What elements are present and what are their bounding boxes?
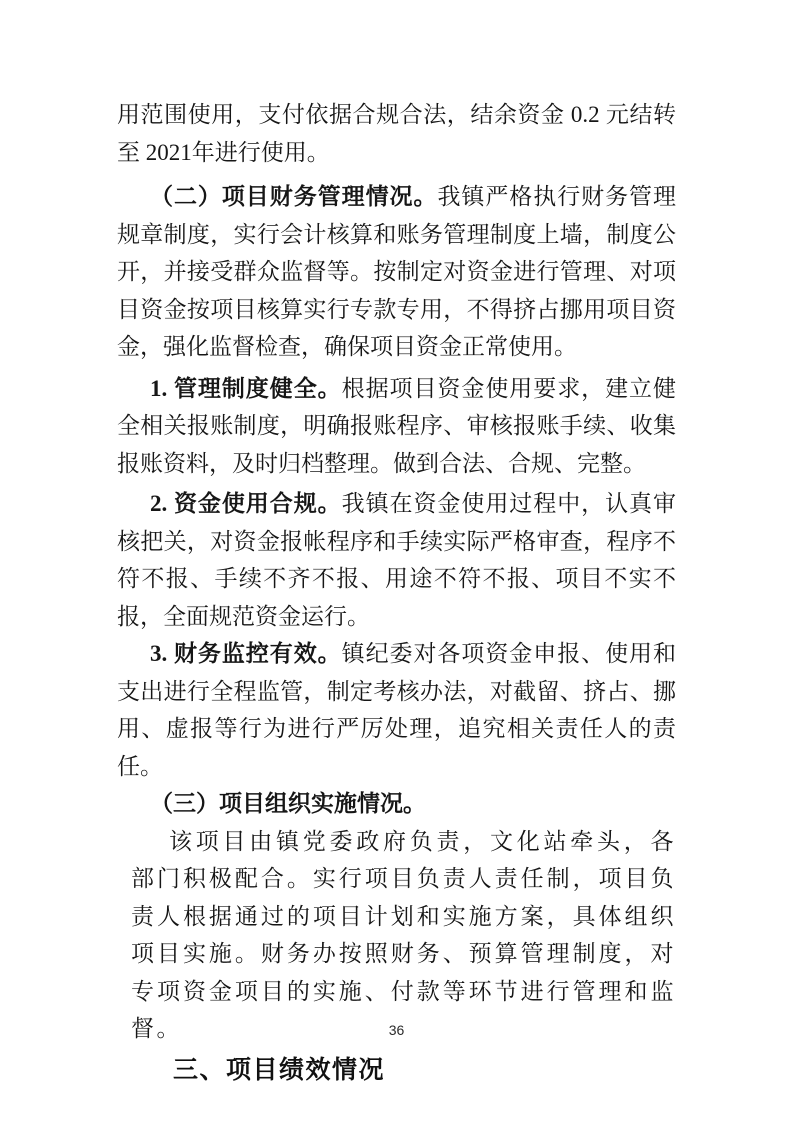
- paragraph-lead: 3. 财务监控有效。: [150, 641, 342, 666]
- paragraph-text: 该项目由镇党委政府负责，文化站牵头，各部门积极配合。实行项目负责人责任制，项目负…: [131, 829, 676, 1042]
- paragraph-item-2: 2. 资金使用合规。我镇在资金使用过程中，认真审核把关，对资金报帐程序和手续实际…: [117, 485, 676, 635]
- paragraph-item-1: 1. 管理制度健全。根据项目资金使用要求，建立健全相关报账制度，明确报账程序、审…: [117, 370, 676, 483]
- paragraph-lead: 2. 资金使用合规。: [150, 491, 342, 516]
- section-heading: 三、项目绩效情况: [173, 1054, 676, 1086]
- paragraph-continuation: 用范围使用，支付依据合规合法，结余资金 0.2 元结转至 2021年进行使用。: [117, 96, 676, 171]
- paragraph-lead: （二）项目财务管理情况。: [150, 184, 437, 209]
- paragraph-text: 用范围使用，支付依据合规合法，结余资金 0.2 元结转至 2021年进行使用。: [117, 102, 676, 165]
- paragraph-organization-heading: （三）项目组织实施情况。: [117, 785, 676, 823]
- paragraph-lead: （三）项目组织实施情况。: [150, 791, 426, 816]
- paragraph-item-3: 3. 财务监控有效。镇纪委对各项资金申报、使用和支出进行全程监管，制定考核办法，…: [117, 635, 676, 785]
- paragraph-text: 我镇严格执行财务管理规章制度，实行会计核算和账务管理制度上墙，制度公开，并接受群…: [117, 184, 676, 359]
- paragraph-lead: 1. 管理制度健全。: [150, 376, 342, 401]
- page-content: 用范围使用，支付依据合规合法，结余资金 0.2 元结转至 2021年进行使用。 …: [117, 96, 676, 1086]
- paragraph-financial-management: （二）项目财务管理情况。我镇严格执行财务管理规章制度，实行会计核算和账务管理制度…: [117, 178, 676, 366]
- page-number: 36: [0, 1022, 793, 1038]
- paragraph-implementation: 该项目由镇党委政府负责，文化站牵头，各部门积极配合。实行项目负责人责任制，项目负…: [131, 823, 676, 1048]
- document-page: 用范围使用，支付依据合规合法，结余资金 0.2 元结转至 2021年进行使用。 …: [0, 0, 793, 1122]
